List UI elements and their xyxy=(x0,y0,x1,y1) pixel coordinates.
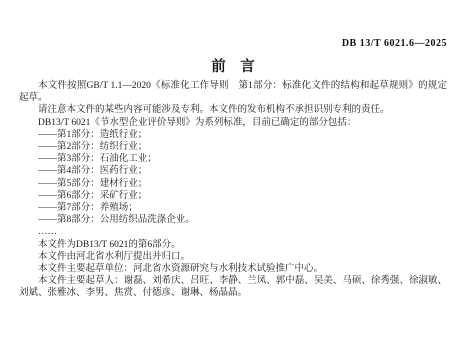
series-list-item-part3: ——第3部分：石油化工业； xyxy=(19,153,447,165)
foreword-paragraph-proposer: 本文件由河北省水利厅提出并归口。 xyxy=(19,251,447,263)
document-page: DB 13/T 6021.6—2025 前 言 本文件按照GB/T 1.1—20… xyxy=(0,0,472,363)
series-list-item-part2: ——第2部分：纺织行业； xyxy=(19,141,447,153)
series-list-ellipsis: …… xyxy=(19,226,447,238)
page-title: 前 言 xyxy=(19,55,447,76)
foreword-paragraph-drafters: 本文件主要起草人：谢磊、刘希庆、吕旺、李静、兰凤、郭中磊、吴美、马硕、徐秀强、徐… xyxy=(19,275,447,299)
series-list-item-part8: ——第8部分：公用纺织品洗涤企业。 xyxy=(19,214,447,226)
foreword-body: 本文件按照GB/T 1.1—2020《标准化工作导则 第1部分：标准化文件的结构… xyxy=(19,80,447,300)
foreword-paragraph-drafting-unit: 本文件主要起草单位：河北省水资源研究与水利技术试验推广中心。 xyxy=(19,263,447,275)
foreword-paragraph-drafting-rule: 本文件按照GB/T 1.1—2020《标准化工作导则 第1部分：标准化文件的结构… xyxy=(19,80,447,104)
foreword-paragraph-patent-notice: 请注意本文件的某些内容可能涉及专利。本文件的发布机构不承担识别专利的责任。 xyxy=(19,104,447,116)
series-list-item-part6: ——第6部分：采矿行业； xyxy=(19,190,447,202)
foreword-paragraph-series-intro: DB13/T 6021《节水型企业评价导则》为系列标准，目前已确定的部分包括： xyxy=(19,117,447,129)
series-list-item-part4: ——第4部分：医药行业； xyxy=(19,165,447,177)
series-list-item-part1: ——第1部分：造纸行业； xyxy=(19,129,447,141)
series-list-item-part7: ——第7部分：养殖场； xyxy=(19,202,447,214)
foreword-paragraph-part-statement: 本文件为DB13/T 6021的第6部分。 xyxy=(19,239,447,251)
document-number: DB 13/T 6021.6—2025 xyxy=(19,38,447,49)
series-list-item-part5: ——第5部分：建材行业； xyxy=(19,178,447,190)
